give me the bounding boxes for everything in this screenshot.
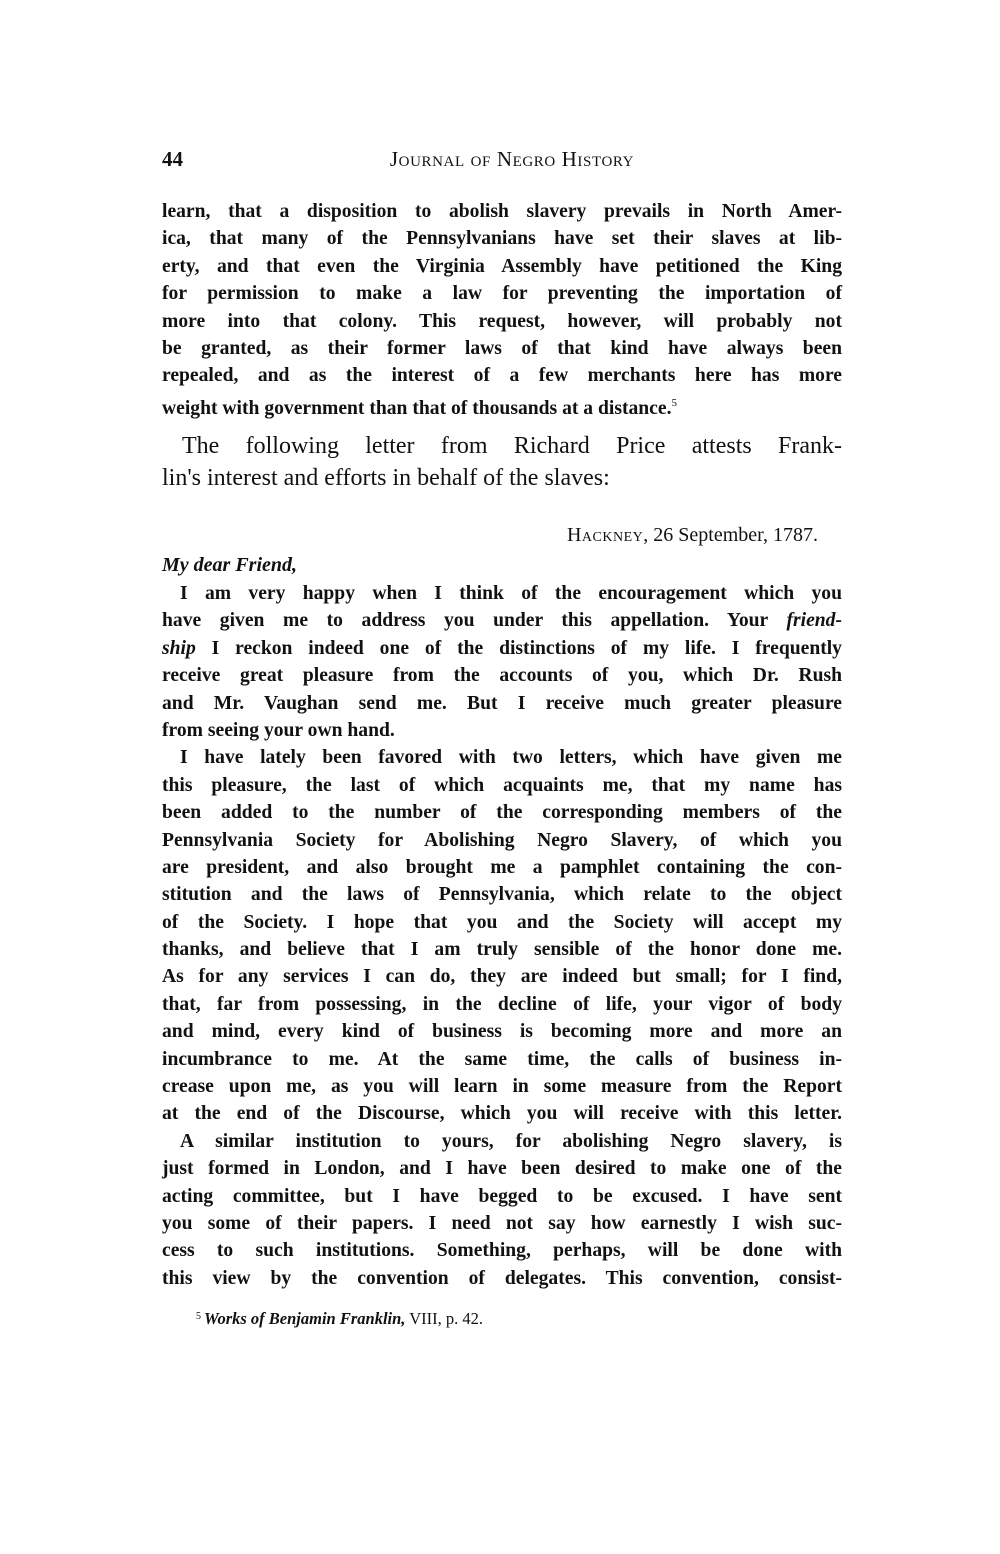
text-line: been added to the number of the correspo… bbox=[162, 799, 842, 826]
text-line: A similar institution to yours, for abol… bbox=[162, 1128, 842, 1155]
letter-dateline: Hackney, 26 September, 1787. bbox=[162, 521, 818, 549]
text-line: and Mr. Vaughan send me. But I receive m… bbox=[162, 690, 842, 717]
letter-salutation: My dear Friend, bbox=[162, 551, 297, 579]
text-line: more into that colony. This request, how… bbox=[162, 308, 842, 335]
text-line: you some of their papers. I need not say… bbox=[162, 1210, 842, 1237]
text-line-content: weight with government than that of thou… bbox=[162, 398, 671, 419]
italic-word: ship bbox=[162, 638, 196, 659]
text-line: ship I reckon indeed one of the distinct… bbox=[162, 635, 842, 662]
text-line: incumbrance to me. At the same time, the… bbox=[162, 1046, 842, 1073]
intro-line: lin's interest and efforts in behalf of … bbox=[162, 462, 842, 494]
text-line: that, far from possessing, in the declin… bbox=[162, 991, 842, 1018]
intro-line: The following letter from Richard Price … bbox=[162, 430, 842, 462]
text-line: and mind, every kind of business is beco… bbox=[162, 1018, 842, 1045]
text-line: stitution and the laws of Pennsylvania, … bbox=[162, 881, 842, 908]
text-line: weight with government than that of thou… bbox=[162, 390, 842, 417]
text-line: cess to such institutions. Something, pe… bbox=[162, 1237, 842, 1264]
text-line: just formed in London, and I have been d… bbox=[162, 1155, 842, 1182]
journal-title: Journal of Negro History bbox=[162, 144, 842, 174]
journal-page: 44 Journal of Negro History learn, that … bbox=[0, 0, 1000, 1554]
intro-paragraph: The following letter from Richard Price … bbox=[162, 430, 842, 494]
text-line: crease upon me, as you will learn in som… bbox=[162, 1073, 842, 1100]
footnote-source-title: Works of Benjamin Franklin, bbox=[204, 1309, 405, 1328]
continued-paragraph: learn, that a disposition to abolish sla… bbox=[162, 198, 842, 417]
text-line: of the Society. I hope that you and the … bbox=[162, 909, 842, 936]
footnote-mark: 5 bbox=[196, 1311, 201, 1322]
footnote-reference: 5 bbox=[671, 397, 677, 409]
text-line: acting committee, but I have begged to b… bbox=[162, 1183, 842, 1210]
text-line: be granted, as their former laws of that… bbox=[162, 335, 842, 362]
text-line: learn, that a disposition to abolish sla… bbox=[162, 198, 842, 225]
footnote-citation: VIII, p. 42. bbox=[405, 1309, 483, 1328]
running-head: 44 Journal of Negro History bbox=[162, 144, 842, 174]
text-line: erty, and that even the Virginia Assembl… bbox=[162, 253, 842, 280]
text-line: I have lately been favored with two lett… bbox=[162, 744, 842, 771]
text-line: I am very happy when I think of the enco… bbox=[162, 580, 842, 607]
text-line: this view by the convention of delegates… bbox=[162, 1265, 842, 1292]
dateline-place: Hackney bbox=[567, 524, 643, 546]
text-line: from seeing your own hand. bbox=[162, 717, 842, 744]
text-line: receive great pleasure from the accounts… bbox=[162, 662, 842, 689]
text-line: Pennsylvania Society for Abolishing Negr… bbox=[162, 827, 842, 854]
text-line-content: have given me to address you under this … bbox=[162, 610, 786, 631]
text-line: thanks, and believe that I am truly sens… bbox=[162, 936, 842, 963]
text-line: for permission to make a law for prevent… bbox=[162, 280, 842, 307]
text-line: ica, that many of the Pennsylvanians hav… bbox=[162, 225, 842, 252]
text-line: As for any services I can do, they are i… bbox=[162, 963, 842, 990]
text-line: at the end of the Discourse, which you w… bbox=[162, 1100, 842, 1127]
text-line: this pleasure, the last of which acquain… bbox=[162, 772, 842, 799]
footnote: 5Works of Benjamin Franklin, VIII, p. 42… bbox=[196, 1306, 483, 1330]
italic-word: friend- bbox=[786, 610, 842, 631]
text-line: repealed, and as the interest of a few m… bbox=[162, 362, 842, 389]
letter-body: I am very happy when I think of the enco… bbox=[162, 580, 842, 1292]
text-line: have given me to address you under this … bbox=[162, 607, 842, 634]
text-line: are president, and also brought me a pam… bbox=[162, 854, 842, 881]
text-line-content: I reckon indeed one of the distinctions … bbox=[212, 638, 842, 659]
dateline-date: , 26 September, 1787. bbox=[643, 524, 818, 546]
